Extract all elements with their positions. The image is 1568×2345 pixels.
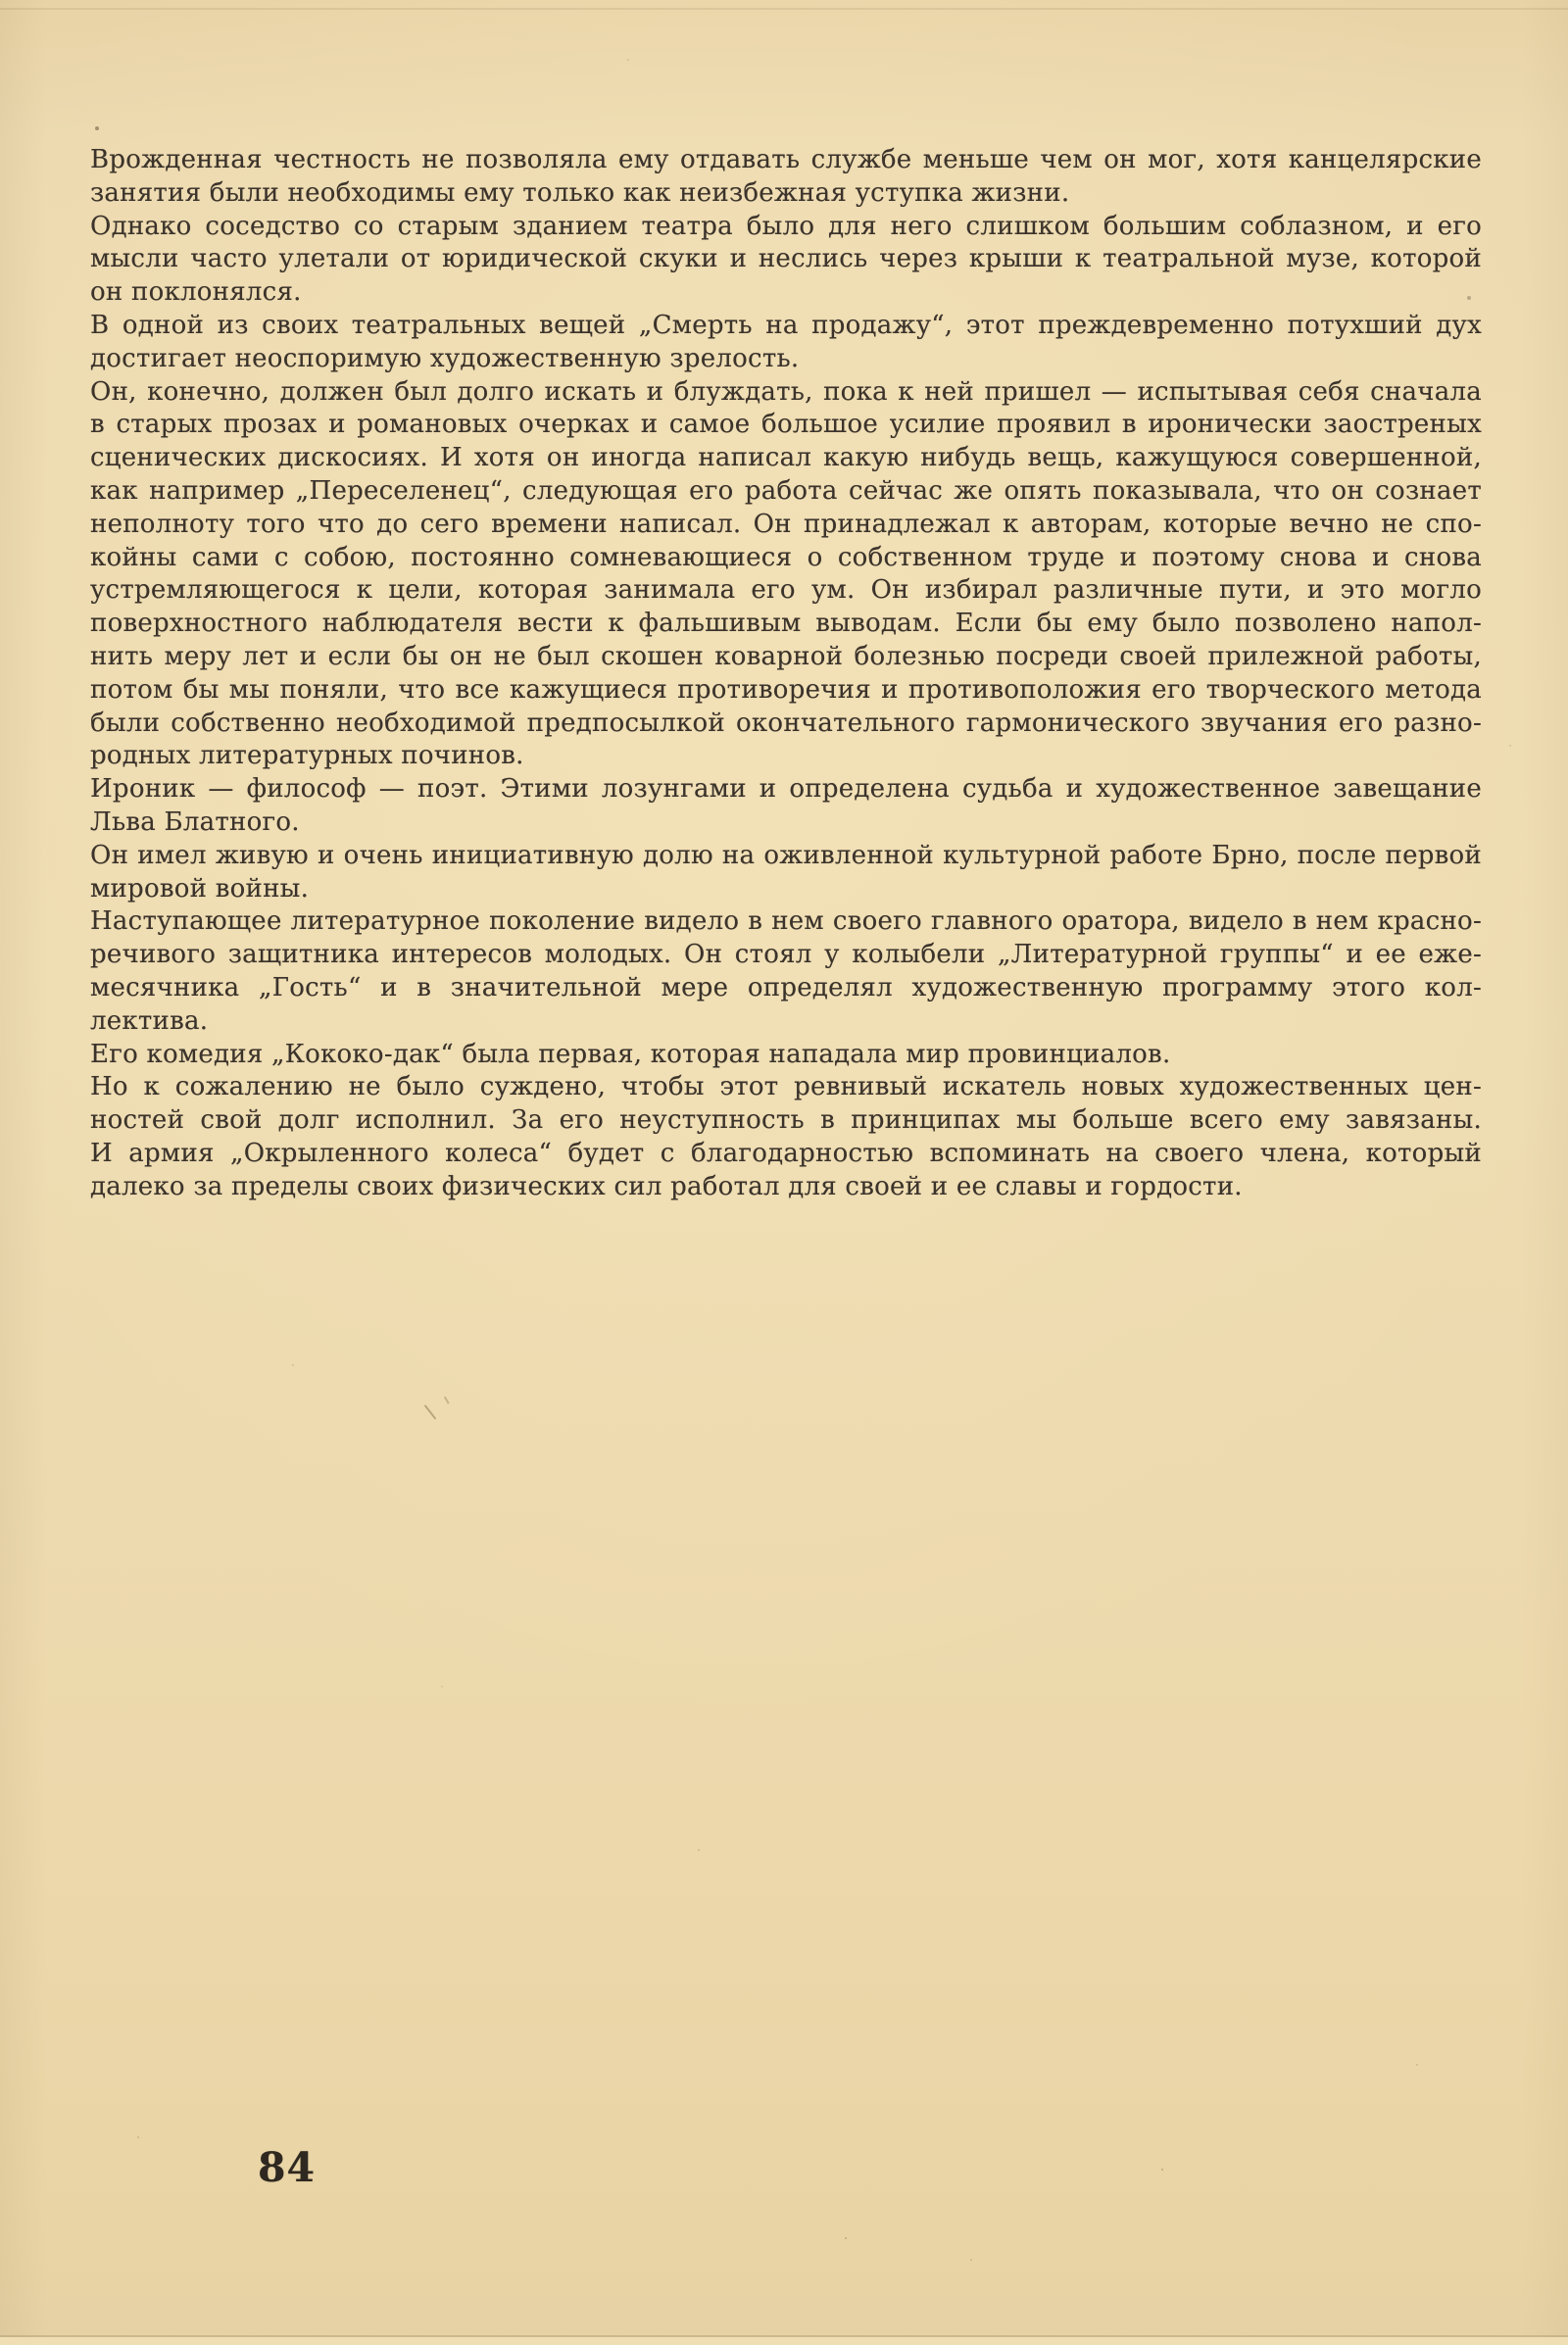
text-line: поверхностного наблюдателя вести к фальш… bbox=[90, 608, 1482, 641]
text-line: Врожденная честность не позволяла ему от… bbox=[90, 144, 1482, 177]
text-line: были собственно необходимой предпосылкой… bbox=[90, 708, 1482, 741]
text-line: Наступающее литературное поколение видел… bbox=[90, 905, 1482, 939]
text-line: Его комедия „Кококо-дак“ была первая, ко… bbox=[90, 1039, 1482, 1072]
text-line: неполноту того что до сего времени напис… bbox=[90, 509, 1482, 542]
paper-scratch-tick bbox=[444, 1396, 449, 1404]
text-line: достигает неоспоримую художественную зре… bbox=[90, 343, 1482, 376]
text-line: Ироник — философ — поэт. Этими лозунгами… bbox=[90, 773, 1482, 806]
text-line: занятия были необходимы ему только как н… bbox=[90, 177, 1482, 211]
text-line: койны сами с собою, постоянно сомневающи… bbox=[90, 542, 1482, 575]
text-line: потом бы мы поняли, что все кажущиеся пр… bbox=[90, 674, 1482, 708]
text-line: родных литературных починов. bbox=[90, 740, 1482, 773]
text-line: нить меру лет и если бы он не был скошен… bbox=[90, 641, 1482, 674]
text-line: устремляющегося к цели, которая занимала… bbox=[90, 574, 1482, 608]
text-line: сценических дискосиях. И хотя он иногда … bbox=[90, 442, 1482, 475]
paper-scratch bbox=[424, 1404, 437, 1419]
text-line: В одной из своих театральных вещей „Смер… bbox=[90, 310, 1482, 343]
text-line: в старых прозах и романовых очерках и са… bbox=[90, 409, 1482, 442]
text-line: он поклонялся. bbox=[90, 276, 1482, 310]
text-line: далеко за пределы своих физических сил р… bbox=[90, 1171, 1482, 1204]
text-line: месячника „Гость“ и в значительной мере … bbox=[90, 972, 1482, 1005]
text-line: мысли часто улетали от юридической скуки… bbox=[90, 243, 1482, 276]
paper-specks bbox=[0, 0, 2, 2]
text-line: Он имел живую и очень инициативную долю … bbox=[90, 840, 1482, 873]
text-line: лектива. bbox=[90, 1005, 1482, 1039]
text-line: как например „Переселенец“, следующая ег… bbox=[90, 475, 1482, 509]
page-number: 84 bbox=[258, 2144, 316, 2191]
text-line: речивого защитника интересов молодых. Он… bbox=[90, 939, 1482, 972]
text-line: мировой войны. bbox=[90, 873, 1482, 906]
page-bottom-edge-strip bbox=[0, 2337, 1568, 2345]
text-line: И армия „Окрыленного колеса“ будет с бла… bbox=[90, 1138, 1482, 1171]
text-line: Однако соседство со старым зданием театр… bbox=[90, 211, 1482, 244]
text-line: Льва Блатного. bbox=[90, 806, 1482, 840]
scanned-page: Врожденная честность не позволяла ему от… bbox=[0, 0, 1568, 2345]
page-top-edge bbox=[0, 8, 1568, 10]
body-text: Врожденная честность не позволяла ему от… bbox=[90, 144, 1482, 1204]
text-line: ностей свой долг исполнил. За его неусту… bbox=[90, 1104, 1482, 1138]
text-line: Он, конечно, должен был долго искать и б… bbox=[90, 376, 1482, 410]
text-line: Но к сожалению не было суждено, чтобы эт… bbox=[90, 1071, 1482, 1104]
